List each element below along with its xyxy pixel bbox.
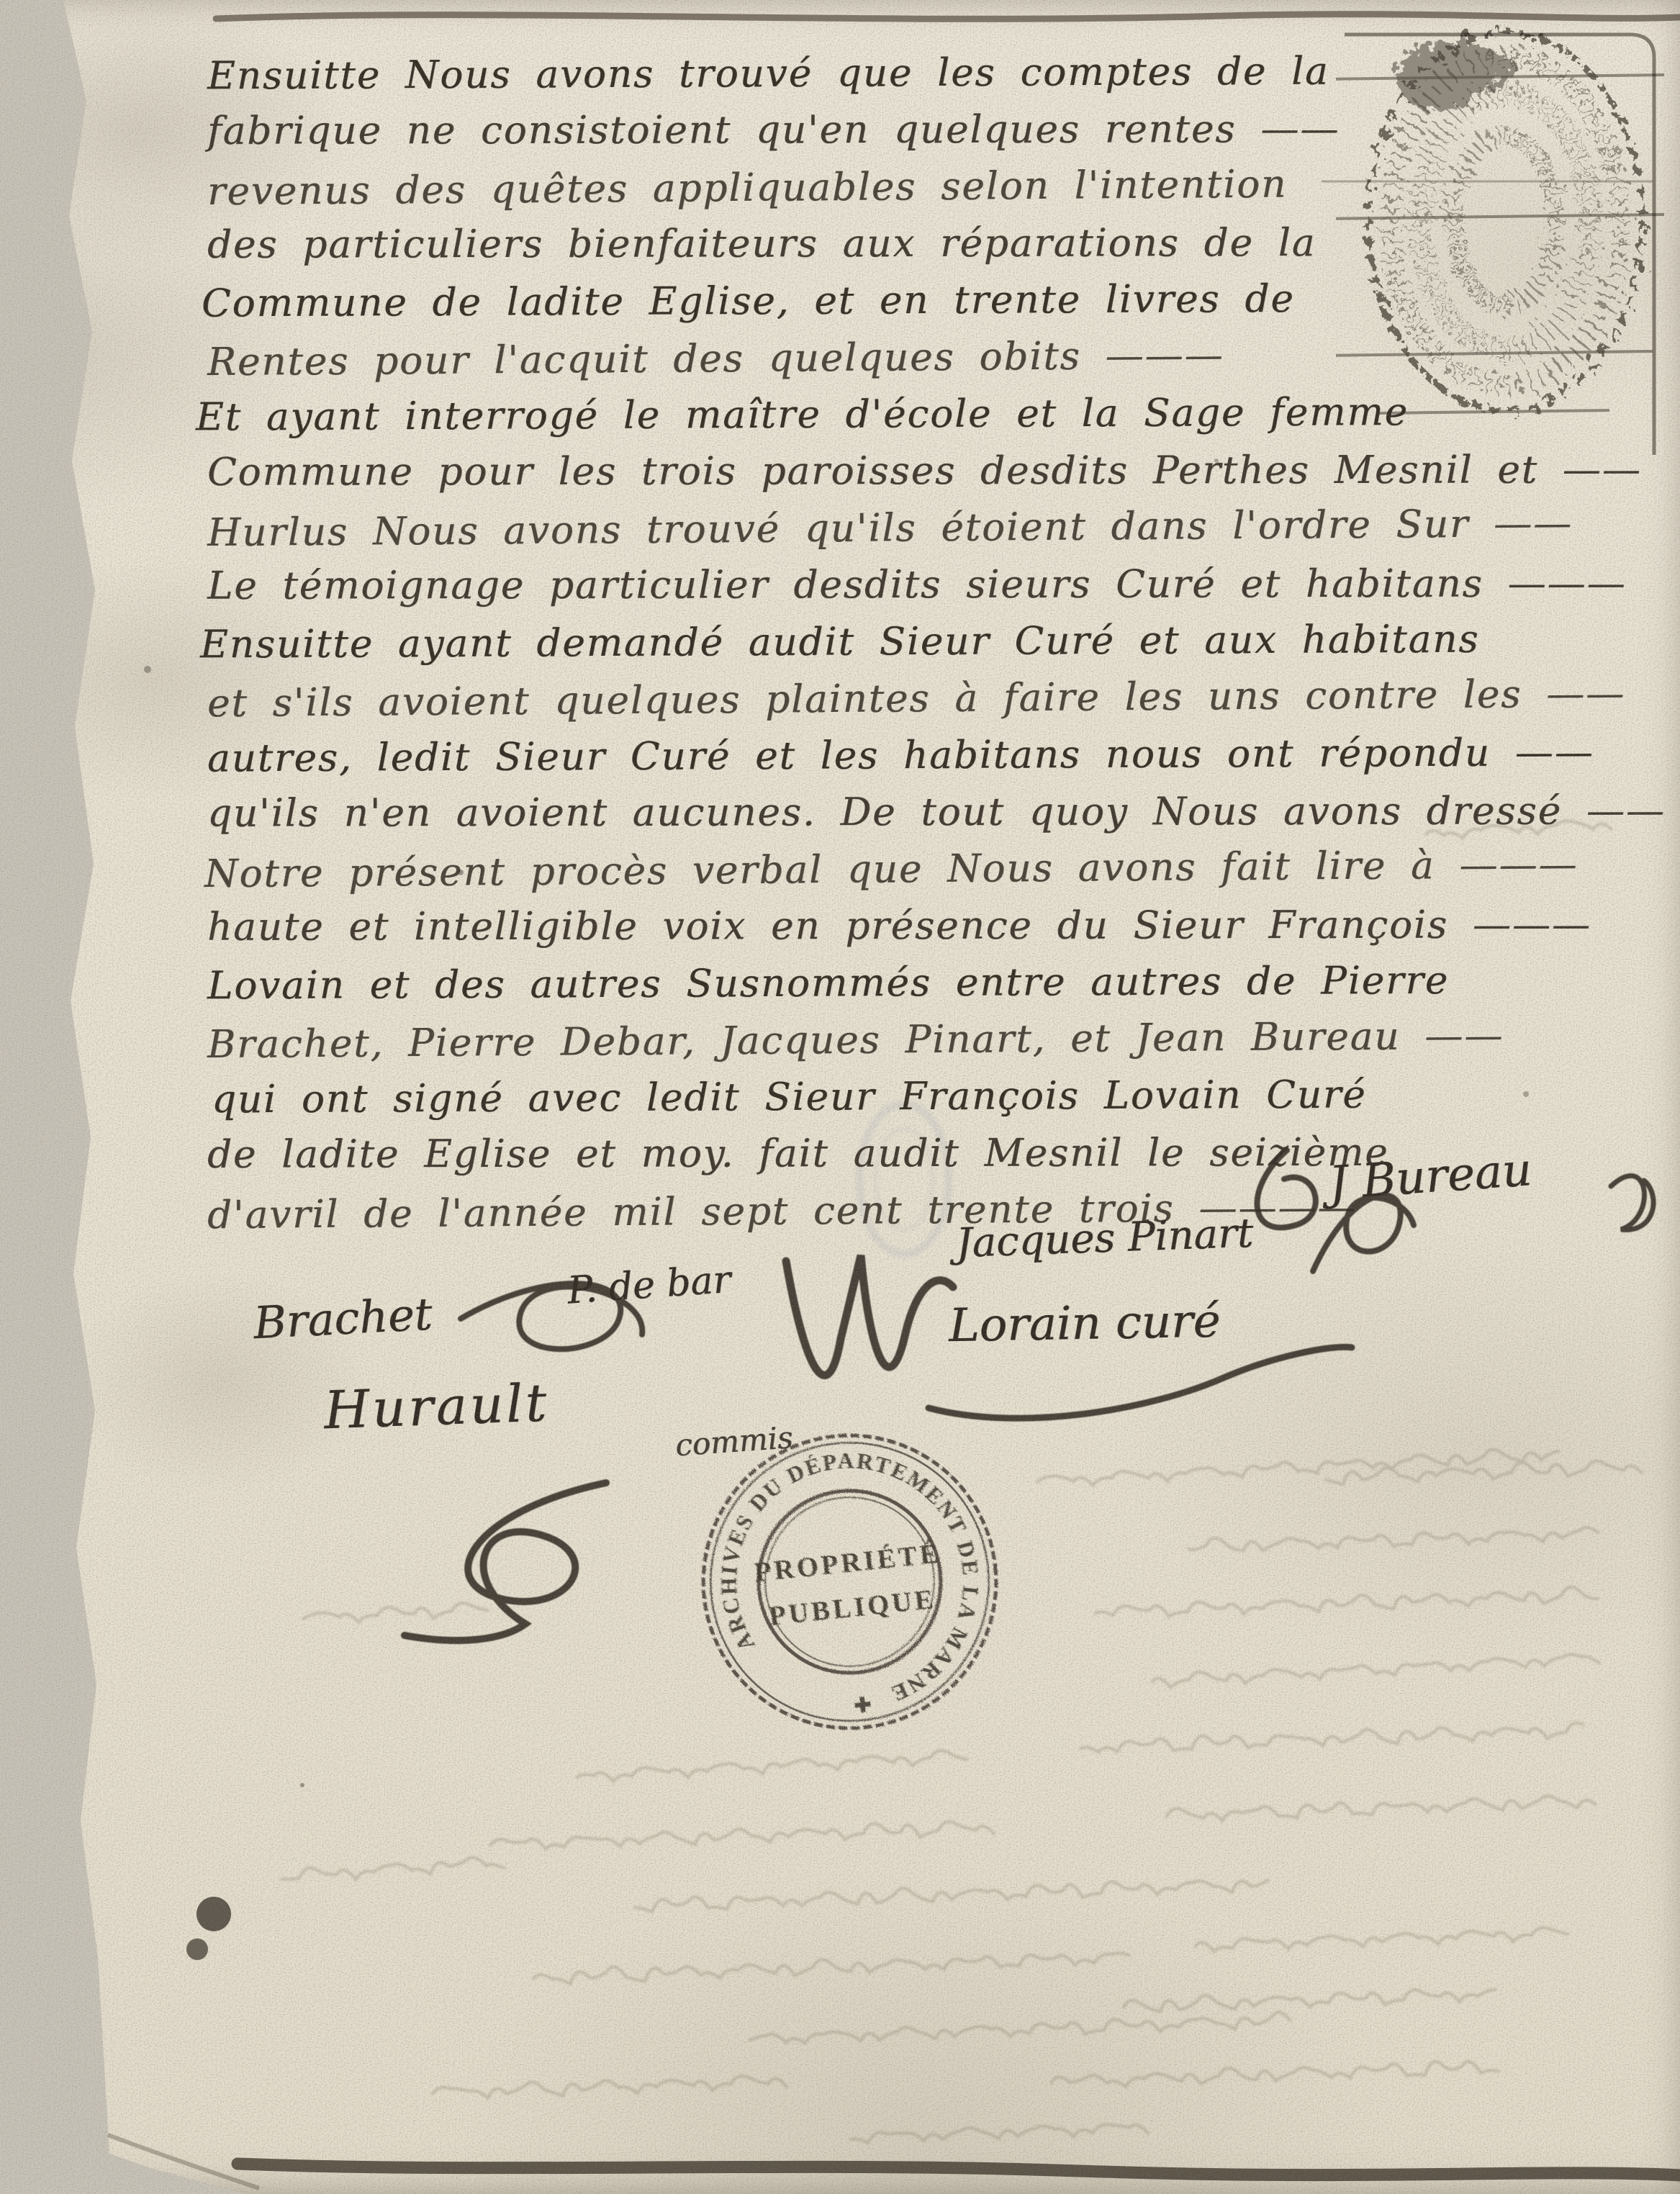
manuscript-line: fabrique ne consistoient qu'en quelques … bbox=[207, 100, 1668, 160]
manuscript-line: qui ont signé avec ledit Sieur François … bbox=[212, 1065, 1668, 1129]
archive-stamp: ARCHIVES DU DÉPARTEMENT DE LA MARNE PROP… bbox=[674, 1406, 1026, 1758]
manuscript-line: Le témoignage particulier desdits sieurs… bbox=[207, 555, 1668, 615]
signature-brachet: Brachet bbox=[252, 1288, 433, 1350]
stamp-center-line2: PUBLIQUE bbox=[767, 1584, 937, 1632]
manuscript-line: Brachet, Pierre Debar, Jacques Pinart, e… bbox=[207, 1006, 1669, 1073]
manuscript-text: Ensuitte Nous avons trouvé que les compt… bbox=[207, 45, 1668, 1239]
stamp-ring-text: ARCHIVES DU DÉPARTEMENT DE LA MARNE bbox=[674, 1406, 1026, 1758]
manuscript-line: autres, ledit Sieur Curé et les habitans… bbox=[207, 724, 1668, 787]
signature-lorain: Lorain curé bbox=[948, 1295, 1221, 1353]
manuscript-line: Lovain et des autres Susnommés entre aut… bbox=[207, 952, 1668, 1015]
manuscript-line: Ensuitte Nous avons trouvé que les compt… bbox=[207, 42, 1668, 105]
manuscript-line: revenus des quêtes appliquables selon l'… bbox=[207, 153, 1669, 220]
manuscript-line: Commune de ladite Eglise, et en trente l… bbox=[202, 269, 1668, 333]
manuscript-line: qu'ils n'en avoient aucunes. De tout quo… bbox=[207, 782, 1668, 842]
manuscript-line: haute et intelligible voix en présence d… bbox=[207, 896, 1668, 956]
manuscript-line: et s'ils avoient quelques plaintes à fai… bbox=[207, 665, 1669, 732]
manuscript-line: Rentes pour l'acquit des quelques obits … bbox=[207, 324, 1669, 391]
manuscript-line: Et ayant interrogé le maître d'école et … bbox=[196, 383, 1668, 446]
signature-hurault: Hurault bbox=[323, 1373, 551, 1441]
stamp-center-line1: PROPRIÉTÉ bbox=[753, 1538, 943, 1588]
manuscript-line: Hurlus Nous avons trouvé qu'ils étoient … bbox=[207, 495, 1669, 561]
manuscript-line: des particuliers bienfaiteurs aux répara… bbox=[207, 214, 1668, 274]
svg-text:ARCHIVES DU DÉPARTEMENT DE LA: ARCHIVES DU DÉPARTEMENT DE LA MARNE bbox=[674, 1406, 1026, 1758]
manuscript-line: Ensuitte ayant demandé audit Sieur Curé … bbox=[200, 610, 1668, 674]
scanned-document: Ensuitte Nous avons trouvé que les compt… bbox=[0, 0, 1680, 2194]
manuscript-line: Notre présent procès verbal que Nous avo… bbox=[204, 836, 1669, 903]
stamp-cross-icon: ✚ bbox=[853, 1694, 872, 1717]
manuscript-line: Commune pour les trois paroisses desdits… bbox=[207, 441, 1668, 501]
